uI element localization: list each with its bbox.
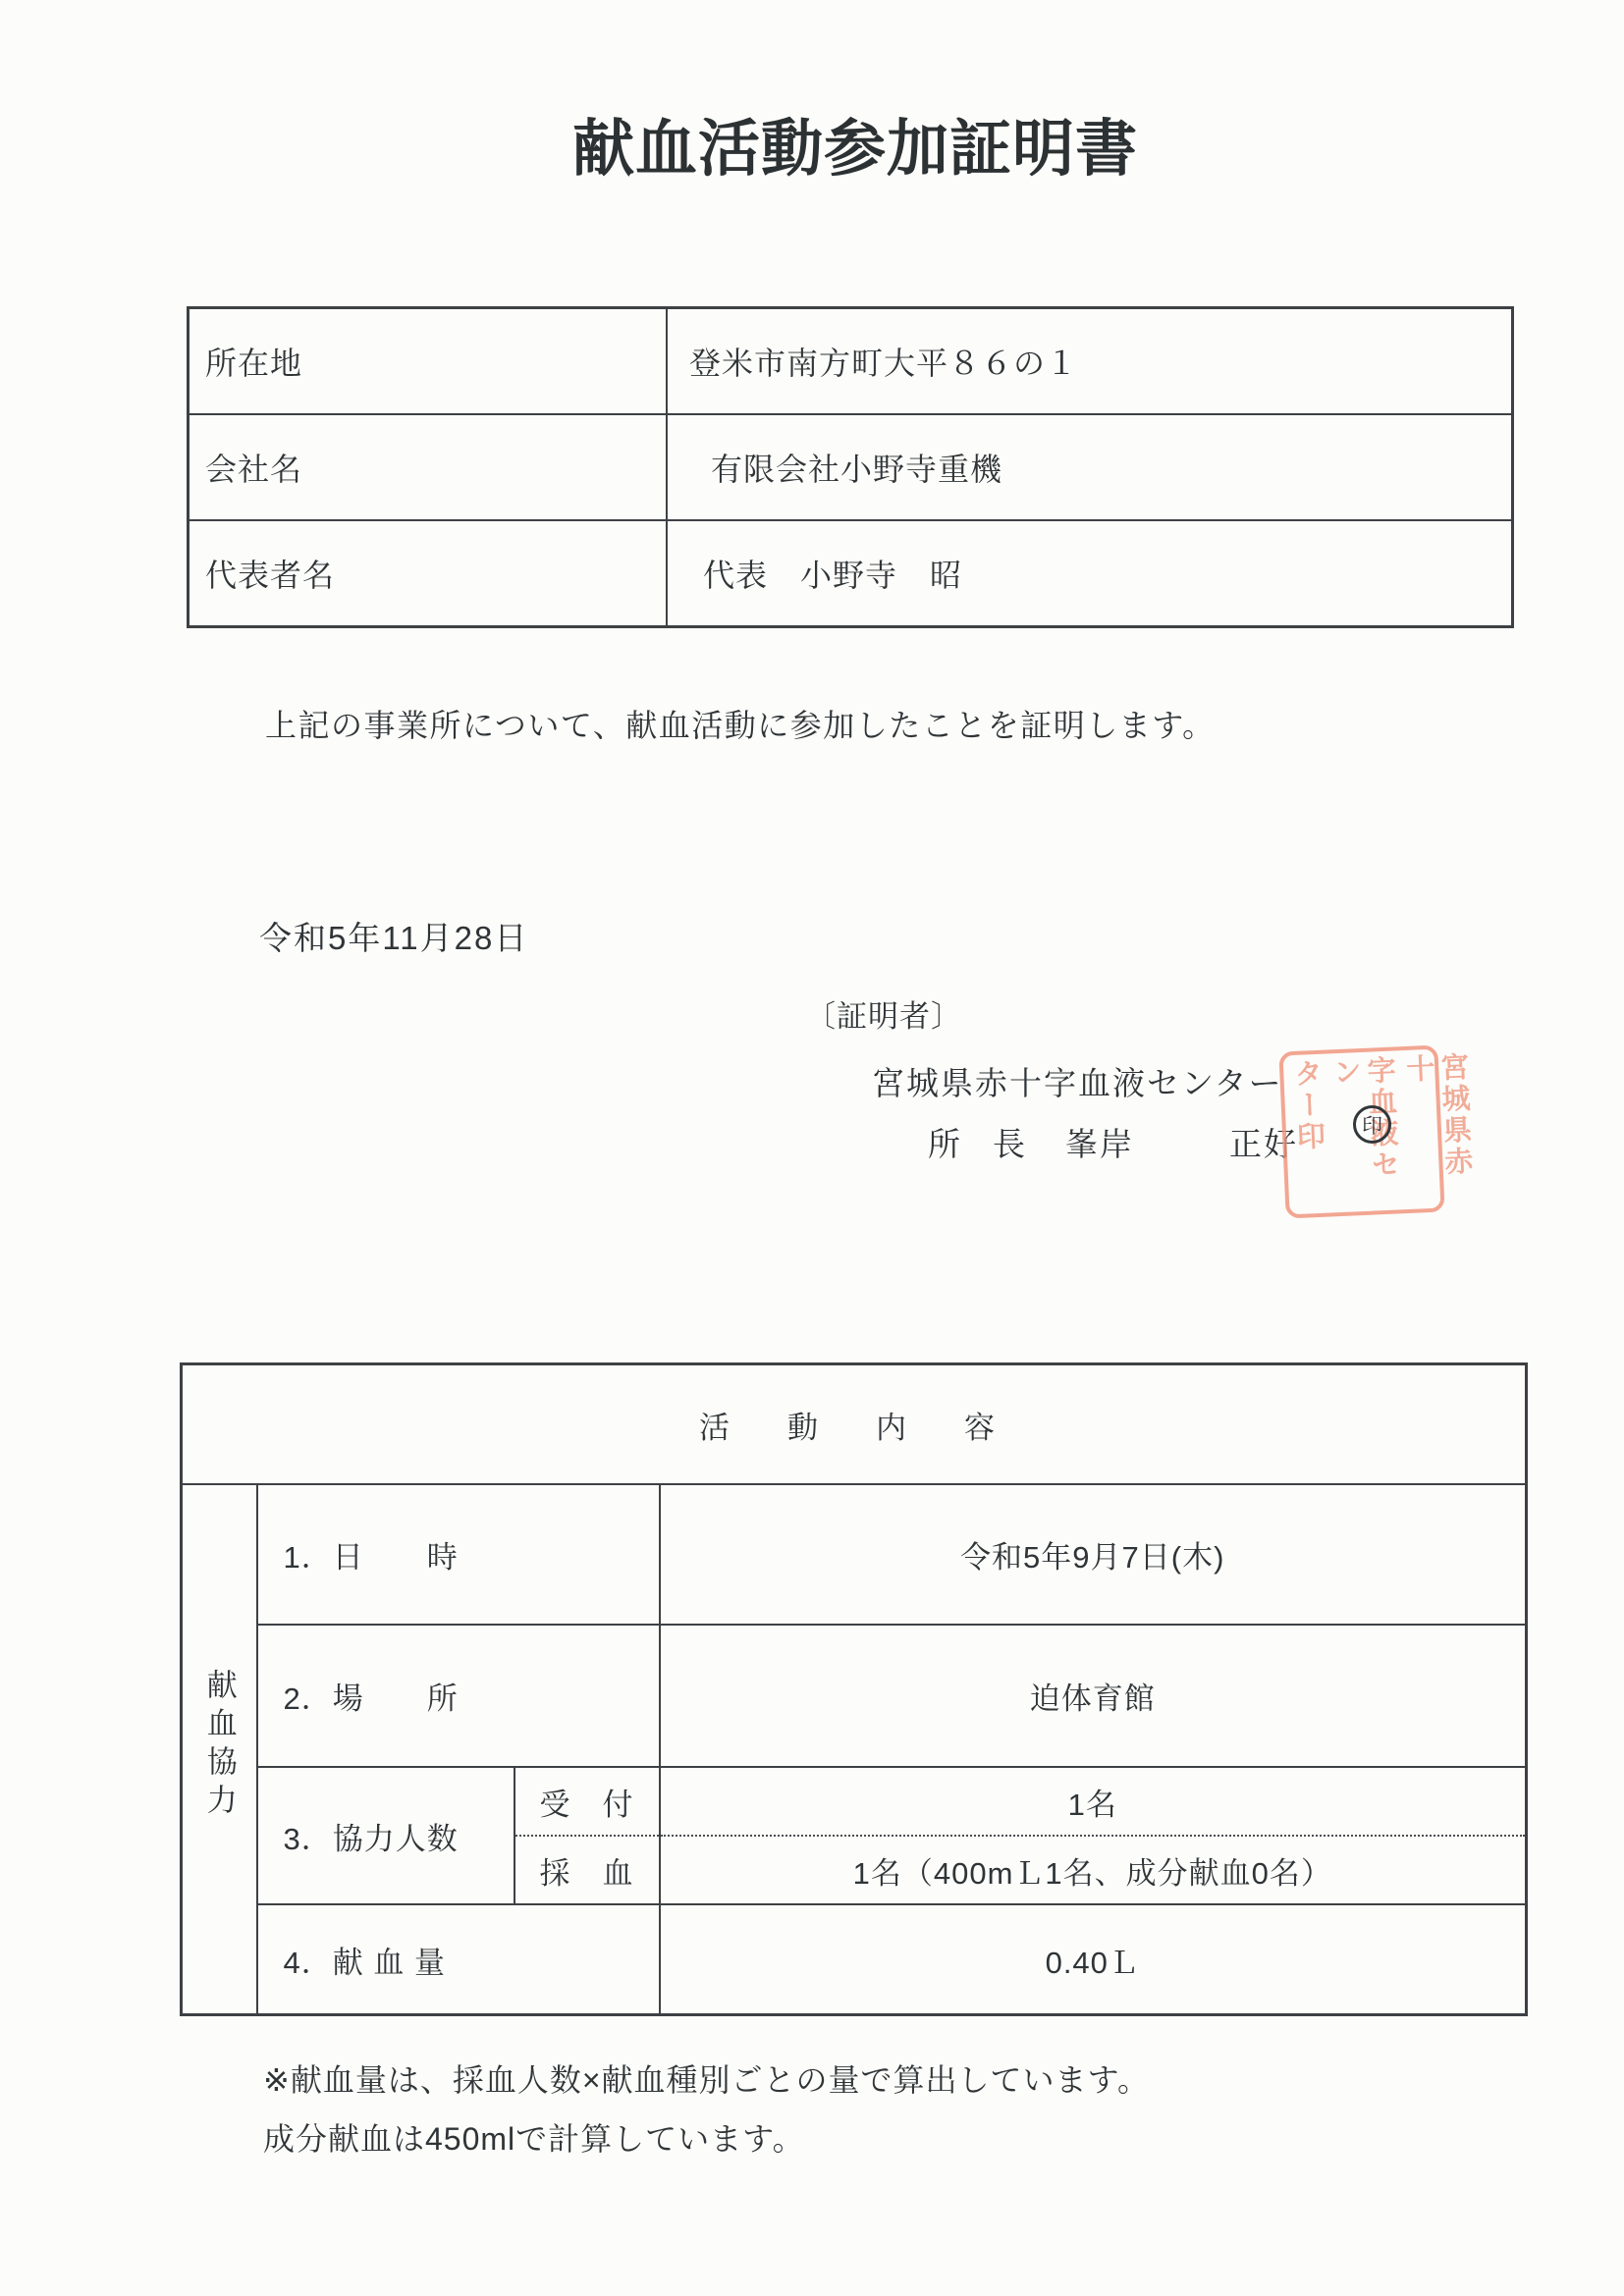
company-info-table: 所在地 登米市南方町大平８６の１ 会社名 有限会社小野寺重機 代表者名 代表 小… (187, 306, 1514, 628)
certifier-organization: 宮城県赤十字血液センター (872, 1058, 1283, 1104)
table-row: 献血協力 1．日 時 令和5年9月7日(木) (182, 1484, 1527, 1625)
certificate-page: 献血活動参加証明書 所在地 登米市南方町大平８６の１ 会社名 有限会社小野寺重機… (0, 0, 1624, 2296)
stamp-text-column: ター印 (1288, 1058, 1328, 1210)
document-title: 献血活動参加証明書 (572, 116, 1138, 184)
table-row: 会社名 有限会社小野寺重機 (189, 414, 1513, 520)
row-label: 1．日 時 (257, 1484, 660, 1625)
activity-table: 活 動 内 容 献血協力 1．日 時 令和5年9月7日(木) 2．場 所 迫体育… (180, 1362, 1528, 2016)
table-row: 所在地 登米市南方町大平８６の１ (189, 308, 1513, 415)
row-value: 令和5年9月7日(木) (660, 1484, 1527, 1625)
row-label: 4．献 血 量 (257, 1904, 660, 2015)
table-row: 4．献 血 量 0.40Ｌ (182, 1904, 1527, 2015)
sub-row-value: 1名（400mＬ1名、成分献血0名） (660, 1836, 1527, 1904)
row-label: 所在地 (189, 308, 668, 415)
issue-date: 令和5年11月28日 (259, 913, 528, 959)
certifier-role: 所 長 (928, 1119, 1025, 1165)
table-row: 2．場 所 迫体育館 (182, 1625, 1527, 1767)
table-row: 活 動 内 容 (182, 1364, 1527, 1485)
table-row: 3．協力人数 受 付 1名 (182, 1767, 1527, 1836)
note-line-2: 成分献血は450mlで計算しています。 (263, 2114, 805, 2160)
row-value: 0.40Ｌ (660, 1904, 1527, 2015)
note-line-1: ※献血量は、採血人数×献血種別ごとの量で算出しています。 (263, 2056, 1150, 2101)
stamp-text-column: 宮城県赤十 (1400, 1051, 1475, 1205)
activity-table-header: 活 動 内 容 (182, 1364, 1527, 1485)
sub-row-label: 採 血 (514, 1836, 660, 1904)
inkan-mark-icon: 印 (1353, 1105, 1391, 1144)
sub-row-value: 1名 (660, 1767, 1527, 1836)
row-value: 迫体育館 (660, 1625, 1527, 1767)
certifier-heading: 〔証明者〕 (805, 991, 962, 1036)
sub-row-label: 受 付 (514, 1767, 660, 1836)
certification-statement: 上記の事業所について、献血活動に参加したことを証明します。 (265, 701, 1216, 746)
row-value: 有限会社小野寺重機 (667, 414, 1513, 520)
row-value: 代表 小野寺 昭 (667, 520, 1513, 627)
row-label: 3．協力人数 (257, 1767, 514, 1904)
row-label: 2．場 所 (257, 1625, 660, 1767)
side-label-cell: 献血協力 (182, 1484, 257, 2015)
row-value: 登米市南方町大平８６の１ (667, 308, 1513, 415)
row-label: 会社名 (189, 414, 668, 520)
row-label: 代表者名 (189, 520, 668, 627)
certifier-name-family: 峯岸 (1065, 1119, 1134, 1165)
side-label-vertical: 献血協力 (197, 1669, 242, 1822)
table-row: 代表者名 代表 小野寺 昭 (189, 520, 1513, 627)
